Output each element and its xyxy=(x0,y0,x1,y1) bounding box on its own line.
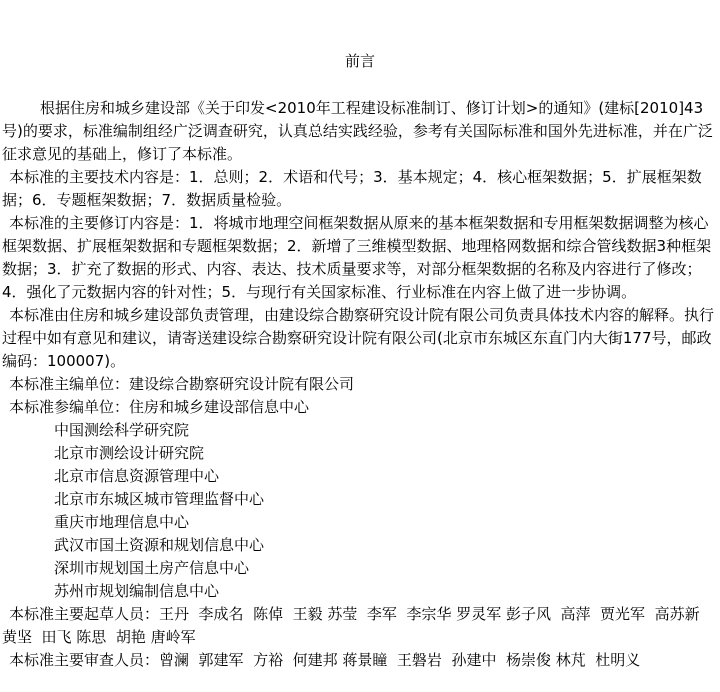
paragraph-management: 本标准由住房和城乡建设部负责管理，由建设综合勘察研究设计院有限公司负责具体技术内… xyxy=(2,304,718,373)
page-title: 前言 xyxy=(2,50,718,73)
unit-list-item: 北京市信息资源管理中心 xyxy=(2,465,718,488)
paragraph-drafters: 本标准主要起草人员：王丹 李成名 陈倬 王毅 苏莹 李军 李宗华 罗灵军 彭子风… xyxy=(2,603,718,649)
paragraph-technical-contents: 本标准的主要技术内容是：1．总则；2．术语和代号；3．基本规定；4．核心框架数据… xyxy=(2,166,718,212)
unit-list-item: 北京市东城区城市管理监督中心 xyxy=(2,488,718,511)
document-page: 前言 根据住房和城乡建设部《关于印发<2010年工程建设标准制订、修订计划>的通… xyxy=(0,0,720,692)
unit-list-item: 深圳市规划国土房产信息中心 xyxy=(2,557,718,580)
unit-list-item: 苏州市规划编制信息中心 xyxy=(2,580,718,603)
paragraph-reviewers: 本标准主要审查人员：曾澜 郭建军 方裕 何建邦 蒋景瞳 王磐岩 孙建中 杨崇俊 … xyxy=(2,649,718,672)
paragraph-intro: 根据住房和城乡建设部《关于印发<2010年工程建设标准制订、修订计划>的通知》(… xyxy=(2,97,718,166)
paragraph-revision-contents: 本标准的主要修订内容是：1．将城市地理空间框架数据从原来的基本框架数据和专用框架… xyxy=(2,212,718,304)
unit-list-item: 重庆市地理信息中心 xyxy=(2,511,718,534)
unit-list-item: 北京市测绘设计研究院 xyxy=(2,442,718,465)
unit-list-item: 中国测绘科学研究院 xyxy=(2,419,718,442)
participating-units-list: 中国测绘科学研究院 北京市测绘设计研究院 北京市信息资源管理中心 北京市东城区城… xyxy=(2,419,718,603)
unit-list-item: 武汉市国土资源和规划信息中心 xyxy=(2,534,718,557)
paragraph-participating-unit-lead: 本标准参编单位：住房和城乡建设部信息中心 xyxy=(2,396,718,419)
paragraph-chief-editor-unit: 本标准主编单位：建设综合勘察研究设计院有限公司 xyxy=(2,373,718,396)
